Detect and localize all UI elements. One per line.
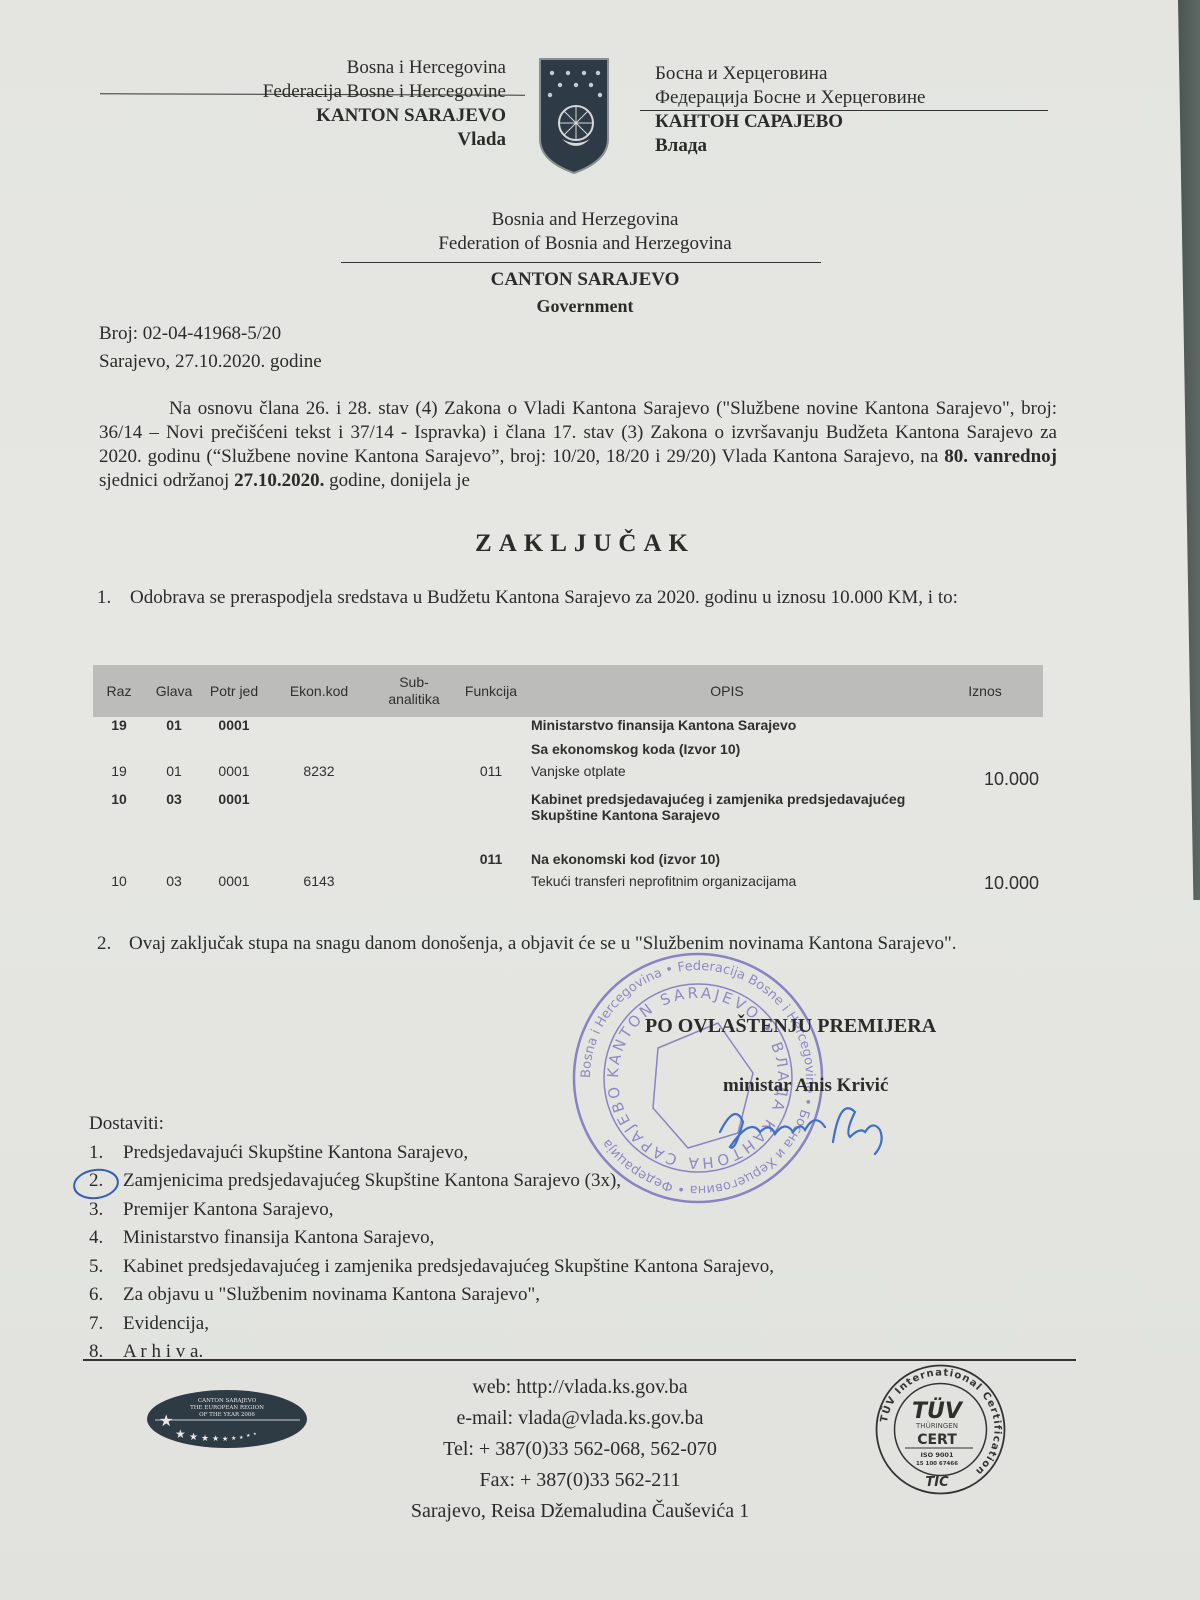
preamble-text: Na osnovu člana 26. i 28. stav (4) Zakon…	[99, 398, 1057, 467]
svg-text:15 100 67466: 15 100 67466	[916, 1461, 958, 1467]
cell-potr: 0001	[203, 717, 265, 741]
svg-text:CERT: CERT	[917, 1432, 957, 1448]
hand-drawn-circle-icon	[70, 1166, 122, 1202]
svg-text:★: ★	[212, 1434, 219, 1443]
cell-opis: Vanjske otplate	[527, 763, 927, 791]
cell-glava: 03	[145, 873, 203, 895]
svg-text:★: ★	[175, 1427, 186, 1441]
item-number: 6.	[89, 1281, 103, 1310]
svg-text:★: ★	[231, 1435, 236, 1442]
svg-text:★: ★	[159, 1411, 173, 1430]
cell-glava	[145, 851, 203, 873]
svg-text:TIC: TIC	[925, 1475, 949, 1490]
cell-opis: Ministarstvo finansija Kantona Sarajevo	[527, 717, 927, 741]
col-opis: OPIS	[527, 665, 927, 717]
contact-web[interactable]: web: http://vlada.ks.gov.ba	[330, 1372, 830, 1403]
svg-text:THÜRINGEN: THÜRINGEN	[915, 1421, 958, 1430]
contact-email[interactable]: e-mail: vlada@vlada.ks.gov.ba	[330, 1403, 830, 1434]
svg-text:ISO 9001: ISO 9001	[921, 1451, 954, 1459]
cell-raz	[93, 741, 145, 763]
cell-funk	[455, 741, 527, 763]
header-country-cyr: Босна и Херцеговина	[655, 62, 925, 86]
budget-table: Raz Glava Potr jed Ekon.kod Sub-analitik…	[93, 665, 1043, 895]
item-text: Kabinet predsjedavajućeg i zamjenika pre…	[123, 1256, 774, 1277]
svg-text:TÜV: TÜV	[912, 1398, 964, 1424]
item-text: Predsjedavajući Skupštine Kantona Saraje…	[123, 1142, 468, 1163]
item-number: 1.	[89, 1139, 103, 1168]
distribution-item: 6.Za objavu u "Službenim novinama Kanton…	[89, 1281, 774, 1310]
cell-ekon	[265, 791, 373, 851]
distribution-list: Dostaviti: 1.Predsjedavajući Skupštine K…	[89, 1110, 774, 1367]
col-raz: Raz	[93, 665, 145, 717]
contact-address: Sarajevo, Reisa Džemaludina Čauševića 1	[330, 1496, 830, 1527]
cell-sub	[373, 851, 455, 873]
svg-text:★: ★	[253, 1431, 257, 1436]
distribution-item: 3.Premijer Kantona Sarajevo,	[89, 1196, 774, 1225]
cell-funk: 011	[455, 851, 527, 873]
svg-text:★: ★	[222, 1435, 228, 1443]
cell-raz: 19	[93, 763, 145, 791]
distribution-label: Dostaviti:	[89, 1110, 774, 1139]
header-government: Vlada	[263, 128, 506, 152]
header-canton-en: CANTON SARAJEVO	[0, 268, 1170, 292]
cell-sub	[373, 741, 455, 763]
cell-glava	[145, 741, 203, 763]
item-number: 2.	[97, 930, 111, 958]
cell-raz: 10	[93, 873, 145, 895]
cell-ekon	[265, 851, 373, 873]
cell-raz: 10	[93, 791, 145, 851]
preamble: Na osnovu člana 26. i 28. stav (4) Zakon…	[99, 397, 1057, 493]
cell-potr: 0001	[203, 763, 265, 791]
signature-title: PO OVLAŠTENJU PREMIJERA	[645, 1015, 936, 1038]
coat-of-arms-icon	[538, 57, 610, 175]
cell-opis: Kabinet predsjedavajućeg i zamjenika pre…	[527, 791, 927, 851]
item-number: 8.	[89, 1338, 103, 1367]
item-text: Premijer Kantona Sarajevo,	[123, 1199, 334, 1220]
svg-text:CANTON SARAJEVO: CANTON SARAJEVO	[198, 1398, 257, 1404]
col-glava: Glava	[145, 665, 203, 717]
header-federation-en: Federation of Bosnia and Herzegovina	[0, 232, 1170, 256]
header-english: Bosnia and Herzegovina Federation of Bos…	[0, 208, 1170, 256]
svg-text:THE EUROPEAN REGION: THE EUROPEAN REGION	[190, 1405, 264, 1411]
document-page: Bosna i Hercegovina Federacija Bosne i H…	[0, 0, 1200, 1600]
item-text: Evidencija,	[123, 1313, 209, 1334]
cell-ekon: 6143	[265, 873, 373, 895]
header-country-en: Bosnia and Herzegovina	[0, 208, 1170, 232]
col-ekon-kod: Ekon.kod	[265, 665, 373, 717]
table-row: 100300016143Tekući transferi neprofitnim…	[93, 873, 1043, 895]
cell-opis: Tekući transferi neprofitnim organizacij…	[527, 873, 927, 895]
preamble-session: 80. vanrednoj	[944, 446, 1057, 467]
document-number: Broj: 02-04-41968-5/20	[99, 320, 322, 348]
svg-text:OF THE YEAR 2006: OF THE YEAR 2006	[199, 1412, 255, 1418]
cell-iznos	[927, 741, 1043, 763]
preamble-date: 27.10.2020.	[234, 470, 324, 491]
document-title: ZAKLJUČAK	[0, 530, 1170, 558]
cell-glava: 03	[145, 791, 203, 851]
table-row: Sa ekonomskog koda (Izvor 10)	[93, 741, 1043, 763]
cell-potr: 0001	[203, 873, 265, 895]
cell-ekon	[265, 717, 373, 741]
cell-funk	[455, 873, 527, 895]
table-row: 19010001Ministarstvo finansija Kantona S…	[93, 717, 1043, 741]
item-text: Za objavu u "Službenim novinama Kantona …	[123, 1284, 540, 1305]
distribution-item: 1.Predsjedavajući Skupštine Kantona Sara…	[89, 1139, 774, 1168]
cell-potr: 0001	[203, 791, 265, 851]
cell-ekon	[265, 741, 373, 763]
col-subanalitika: Sub-analitika	[373, 665, 455, 717]
cell-funk	[455, 717, 527, 741]
cell-iznos: 10.000	[927, 873, 1043, 895]
item-number: 1.	[97, 585, 111, 611]
tuv-certification-icon: TÜV International Certification TÜV THÜR…	[873, 1362, 1008, 1497]
item-text: Ministarstvo finansija Kantona Sarajevo,	[123, 1227, 434, 1248]
table-row: 011Na ekonomski kod (izvor 10)	[93, 851, 1043, 873]
cell-funk: 011	[455, 763, 527, 791]
cell-iznos	[927, 791, 1043, 851]
item-text: Zamjenicima predsjedavajućeg Skupštine K…	[123, 1170, 621, 1191]
page-edge-shadow	[1178, 0, 1200, 900]
svg-text:★: ★	[246, 1433, 251, 1439]
distribution-item: 8.A r h i v a.	[89, 1338, 774, 1367]
header-right-rule	[640, 110, 1048, 111]
header-federation: Federacija Bosne i Hercegovine	[263, 80, 506, 104]
cell-sub	[373, 763, 455, 791]
cell-ekon: 8232	[265, 763, 373, 791]
svg-text:★: ★	[239, 1435, 244, 1441]
preamble-text-3: godine, donijela je	[324, 470, 470, 491]
svg-text:★: ★	[201, 1434, 209, 1444]
item-number: 5.	[89, 1253, 103, 1282]
document-place-date: Sarajevo, 27.10.2020. godine	[99, 348, 322, 376]
header-country: Bosna i Hercegovina	[263, 56, 506, 80]
contact-info: web: http://vlada.ks.gov.ba e-mail: vlad…	[330, 1372, 830, 1527]
cell-iznos	[927, 717, 1043, 741]
distribution-item: 2.Zamjenicima predsjedavajućeg Skupštine…	[89, 1167, 774, 1196]
contact-phone: Tel: + 387(0)33 562-068, 562-070	[330, 1434, 830, 1465]
cell-iznos: 10.000	[927, 763, 1043, 791]
cell-raz	[93, 851, 145, 873]
item-number: 4.	[89, 1224, 103, 1253]
footer-rule	[83, 1359, 1076, 1361]
table-header-row: Raz Glava Potr jed Ekon.kod Sub-analitik…	[93, 665, 1043, 717]
col-funkcija: Funkcija	[455, 665, 527, 717]
cell-opis: Na ekonomski kod (izvor 10)	[527, 851, 927, 873]
item-text: Odobrava se preraspodjela sredstava u Bu…	[130, 585, 1061, 611]
header-english-rule	[341, 262, 821, 263]
cell-funk	[455, 791, 527, 851]
cell-sub	[373, 717, 455, 741]
cell-raz: 19	[93, 717, 145, 741]
col-iznos: Iznos	[927, 665, 1043, 717]
cell-opis: Sa ekonomskog koda (Izvor 10)	[527, 741, 927, 763]
distribution-item: 4.Ministarstvo finansija Kantona Sarajev…	[89, 1224, 774, 1253]
header-federation-cyr: Федерација Босне и Херцеговине	[655, 86, 925, 110]
header-government-cyr: Влада	[655, 134, 925, 158]
table-row: 10030001Kabinet predsjedavajućeg i zamje…	[93, 791, 1043, 851]
cell-sub	[373, 873, 455, 895]
distribution-item: 7.Evidencija,	[89, 1310, 774, 1339]
table-body: 19010001Ministarstvo finansija Kantona S…	[93, 717, 1043, 895]
cell-glava: 01	[145, 763, 203, 791]
cell-iznos	[927, 851, 1043, 873]
col-potr-jed: Potr jed	[203, 665, 265, 717]
header-canton: KANTON SARAJEVO	[263, 104, 506, 128]
european-region-logo-icon: CANTON SARAJEVO THE EUROPEAN REGION OF T…	[145, 1388, 310, 1450]
cell-glava: 01	[145, 717, 203, 741]
header-latin: Bosna i Hercegovina Federacija Bosne i H…	[263, 56, 506, 152]
distribution-item: 5.Kabinet predsjedavajućeg i zamjenika p…	[89, 1253, 774, 1282]
header-government-en: Government	[0, 294, 1170, 318]
document-meta: Broj: 02-04-41968-5/20 Sarajevo, 27.10.2…	[99, 320, 322, 376]
table-row: 190100018232011Vanjske otplate10.000	[93, 763, 1043, 791]
svg-text:★: ★	[189, 1432, 198, 1443]
cell-potr	[203, 851, 265, 873]
preamble-text-2: sjednici održanoj	[99, 470, 234, 491]
cell-sub	[373, 791, 455, 851]
contact-fax: Fax: + 387(0)33 562-211	[330, 1465, 830, 1496]
cell-potr	[203, 741, 265, 763]
item-number: 7.	[89, 1310, 103, 1339]
header-canton-cyr: КАНТОН САРАЈЕВО	[655, 110, 925, 134]
